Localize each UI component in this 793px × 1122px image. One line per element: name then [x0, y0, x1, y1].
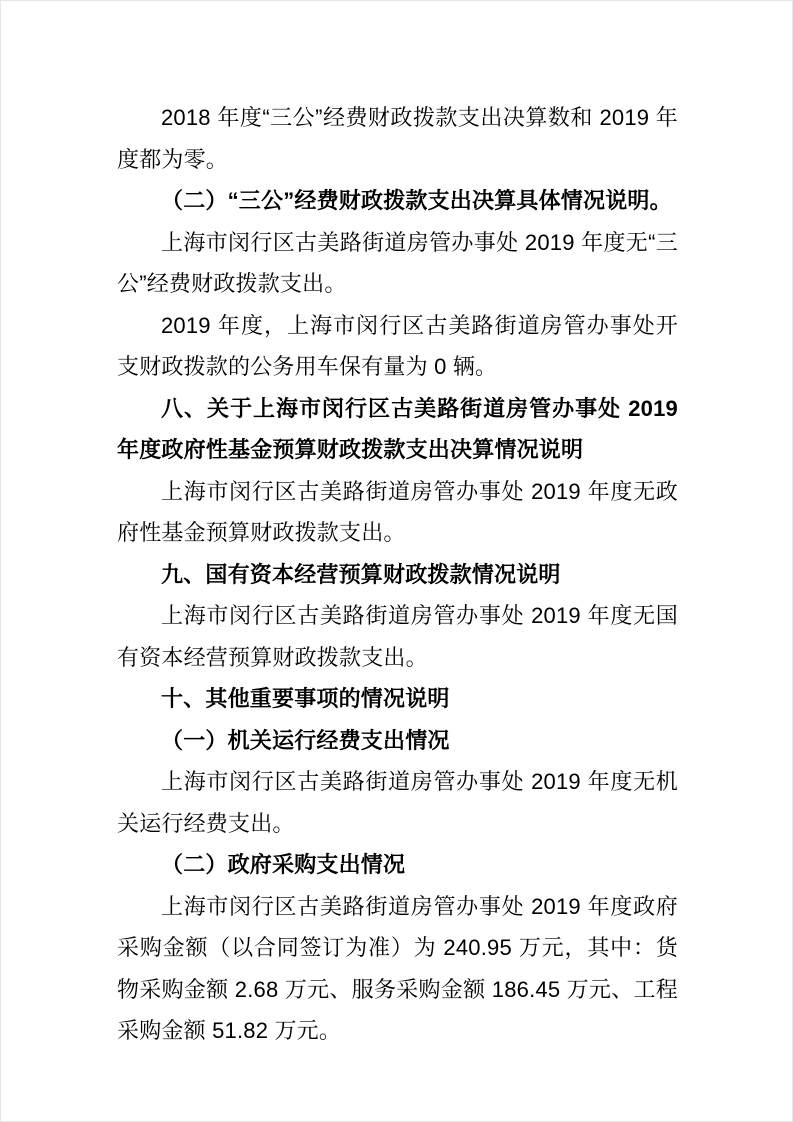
document-content: 2018 年度“三公”经费财政拨款支出决算数和 2019 年度都为零。 （二）“… — [117, 97, 678, 1052]
heading-section-eight-gov-fund-budget: 八、关于上海市闵行区古美路街道房管办事处 2019 年度政府性基金预算财政拨款支… — [117, 388, 678, 471]
heading-section-ten-other-matters: 十、其他重要事项的情况说明 — [117, 678, 678, 720]
paragraph-no-gov-fund-expense: 上海市闵行区古美路街道房管办事处 2019 年度无政府性基金预算财政拨款支出。 — [117, 471, 678, 554]
paragraph-no-state-capital-expense: 上海市闵行区古美路街道房管办事处 2019 年度无国有资本经营预算财政拨款支出。 — [117, 595, 678, 678]
paragraph-no-sangong-expense: 上海市闵行区古美路街道房管办事处 2019 年度无“三公”经费财政拨款支出。 — [117, 222, 678, 305]
heading-sub-one-operating-expense: （一）机关运行经费支出情况 — [117, 720, 678, 762]
heading-sub-two-sangong-detail: （二）“三公”经费财政拨款支出决算具体情况说明。 — [117, 180, 678, 222]
paragraph-official-vehicle-count: 2019 年度，上海市闵行区古美路街道房管办事处开支财政拨款的公务用车保有量为 … — [117, 305, 678, 388]
paragraph-no-operating-expense: 上海市闵行区古美路街道房管办事处 2019 年度无机关运行经费支出。 — [117, 761, 678, 844]
document-page: 2018 年度“三公”经费财政拨款支出决算数和 2019 年度都为零。 （二）“… — [0, 0, 793, 1122]
heading-section-nine-state-capital: 九、国有资本经营预算财政拨款情况说明 — [117, 554, 678, 596]
paragraph-sangong-2018-2019-zero: 2018 年度“三公”经费财政拨款支出决算数和 2019 年度都为零。 — [117, 97, 678, 180]
heading-sub-two-gov-procurement: （二）政府采购支出情况 — [117, 844, 678, 886]
paragraph-procurement-amounts: 上海市闵行区古美路街道房管办事处 2019 年度政府采购金额（以合同签订为准）为… — [117, 886, 678, 1052]
